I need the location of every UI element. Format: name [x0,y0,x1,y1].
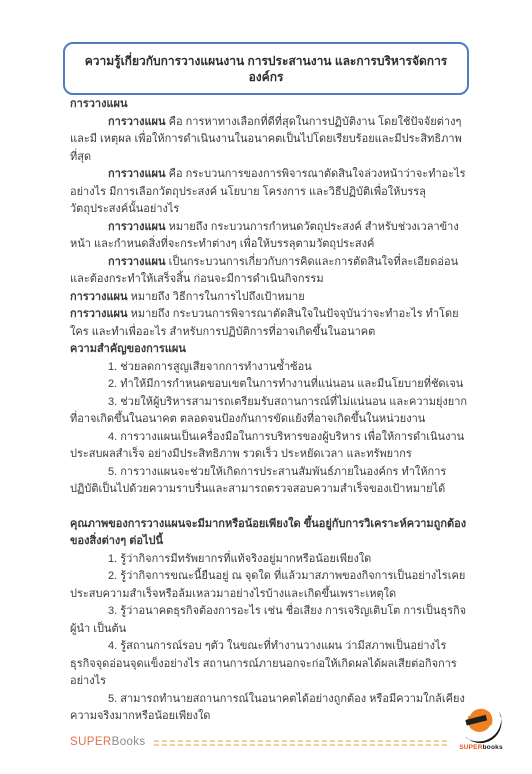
list-item: 2. รู้ว่ากิจการขณะนี้ยืนอยู่ ณ จุดใด ที่… [70,568,470,603]
logo-books-text: books [483,744,503,751]
paragraph: การวางแผน หมายถึง กระบวนการพิจารณาตัดสิน… [70,306,470,341]
paragraph-lead: การวางแผน [108,256,166,268]
paragraph: การวางแผน หมายถึง กระบวนการกำหนดวัตถุประ… [70,219,470,254]
paragraph-lead: การวางแผน [108,168,166,180]
section-heading-planning: การวางแผน [70,96,470,114]
brand-super-text: SUPER [70,736,112,748]
document-page: ความรู้เกี่ยวกับการวางแผนงาน การประสานงา… [0,0,532,774]
paragraph-text: หมายถึง วิธีการในการไปถึงเป้าหมาย [128,291,305,303]
section-heading-quality: คุณภาพของการวางแผนจะมีมากหรือน้อยเพียงใด… [70,516,470,551]
paragraph: การวางแผน เป็นกระบวนการเกี่ยวกับการคิดแล… [70,254,470,289]
section-heading-importance: ความสำคัญของการแผน [70,341,470,359]
publisher-logo: SUPERbooks [456,704,506,752]
list-item: 1. รู้ว่ากิจการมีทรัพยากรที่แท้จริงอยู่ม… [70,551,470,569]
list-item: 4. รู้สถานการณ์รอบ ๆตัว ในขณะที่ทำงานวาง… [70,638,470,691]
list-item: 1. ช่วยลดการสูญเสียจากการทำงานซ้ำซ้อน [70,359,470,377]
paragraph-text: หมายถึง กระบวนการพิจารณาตัดสินใจในปัจจุบ… [70,308,459,338]
superbooks-logo-text: SUPERbooks [459,744,503,752]
list-item: 5. การวางแผนจะช่วยให้เกิดการประสานสัมพัน… [70,464,470,499]
superbooks-logo-icon [460,704,502,744]
document-body: การวางแผน การวางแผน คือ การหาทางเลือกที่… [70,96,470,726]
page-footer: SUPERBooks SUPERbooks [70,704,506,748]
paragraph-lead: การวางแผน [108,116,166,128]
title-box: ความรู้เกี่ยวกับการวางแผนงาน การประสานงา… [63,42,469,95]
brand-books-text: Books [112,736,146,748]
logo-super-text: SUPER [459,744,482,751]
paragraph: การวางแผน หมายถึง วิธีการในการไปถึงเป้าห… [70,289,470,307]
brand-wordmark: SUPERBooks [70,736,146,748]
page-title: ความรู้เกี่ยวกับการวางแผนงาน การประสานงา… [85,54,448,84]
list-item: 3. ช่วยให้ผู้บริหารสามารถเตรียมรับสถานกา… [70,394,470,429]
paragraph-lead: การวางแผน [70,291,128,303]
list-item: 2. ทำให้มีการกำหนดขอบเขตในการทำงานที่แน่… [70,376,470,394]
list-item: 4. การวางแผนเป็นเครื่องมือในการบริหารของ… [70,429,470,464]
paragraph: การวางแผน คือ การหาทางเลือกที่ดีที่สุดใน… [70,114,470,167]
paragraph-lead: การวางแผน [108,221,166,233]
paragraph-lead: การวางแผน [70,308,128,320]
footer-dashed-divider [154,740,448,746]
paragraph: การวางแผน คือ กระบวนการของการพิจารณาตัดส… [70,166,470,219]
list-item: 3. รู้ว่าอนาคตธุรกิจต้องการอะไร เช่น ชื่… [70,603,470,638]
